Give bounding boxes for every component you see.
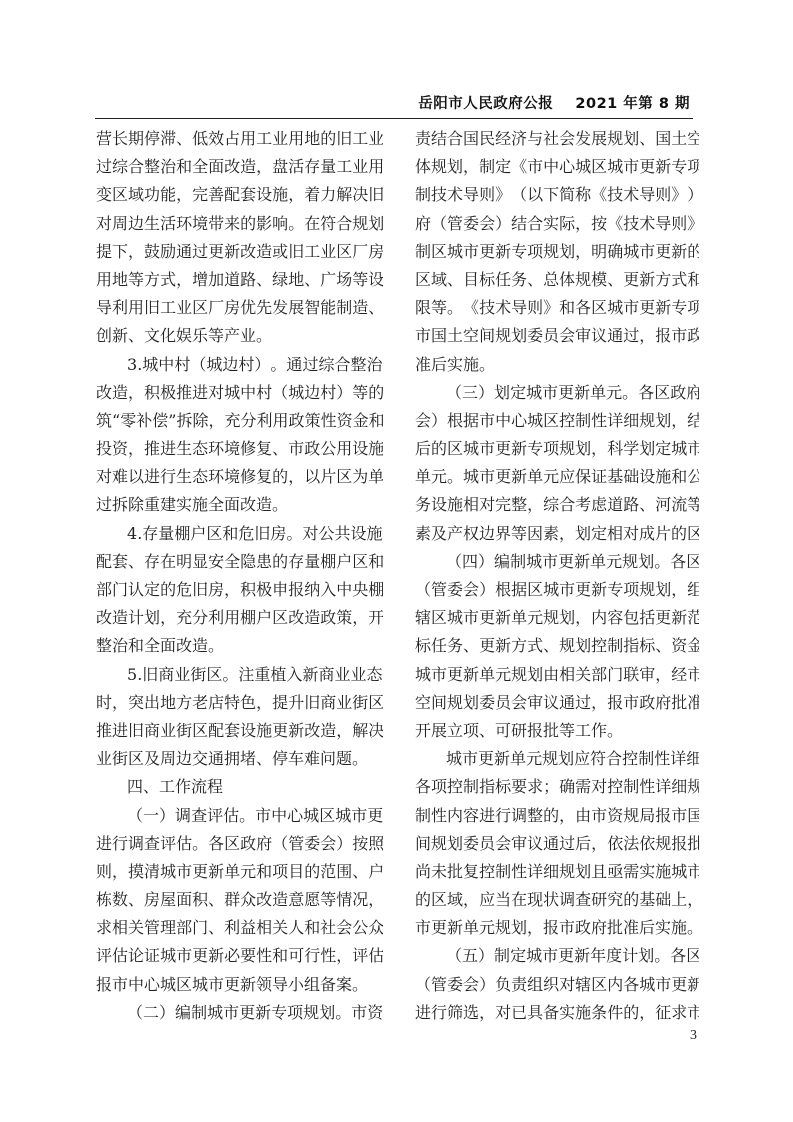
line-chars: 后的区城市更新专项规划，科学划定城市更新 — [415, 435, 699, 463]
line-chars: 变区域功能，完善配套设施，着力解决旧工业区 — [96, 181, 383, 209]
text-line: 限等。《技术导则》和各区城市更新专项规划经 — [415, 294, 699, 322]
running-header: 岳阳市人民政府公报 2021 年第 8 期 — [95, 92, 693, 118]
line-chars: 过综合整治和全面改造，盘活存量工业用地，转 — [96, 153, 383, 181]
line-chars: 用地等方式，增加道路、绿地、广场等设施；引 — [96, 266, 383, 294]
right-column: 责结合国民经济与社会发展规划、国土空间总体规划，制定《市中心城区城市更新专项规划… — [415, 125, 699, 1027]
text-line: 府（管委会）结合实际，按《技术导则》要求编 — [415, 210, 699, 238]
text-line: （五）制定城市更新年度计划。各区政府 — [415, 942, 699, 970]
line-chars: 则，摸清城市更新单元和项目的范围、户数、楼 — [96, 858, 383, 886]
line-chars: 进行调查评估。各区政府（管委会）按照属地原 — [96, 830, 383, 858]
text-line: 导利用旧工业区厂房优先发展智能制造、科技 — [96, 294, 383, 322]
text-line: 业街区及周边交通拥堵、停车难问题。 — [96, 745, 383, 773]
text-line: 筑“零补偿”拆除，充分利用政策性资金和社会 — [96, 407, 383, 435]
text-line: 推进旧商业街区配套设施更新改造，解决旧商 — [96, 717, 383, 745]
line-chars: 栋数、房屋面积、群众改造意愿等情况，充分征 — [96, 886, 383, 914]
text-line: 则，摸清城市更新单元和项目的范围、户数、楼 — [96, 858, 383, 886]
text-line: 准后实施。 — [415, 351, 699, 379]
line-chars: 评估论证城市更新必要性和可行性，评估结果 — [96, 942, 383, 970]
text-line: 部门认定的危旧房，积极申报纳入中央棚户区 — [96, 576, 383, 604]
line-chars: 的区域，应当在现状调查研究的基础上，拟订城 — [415, 886, 699, 914]
line-chars: 府（管委会）结合实际，按《技术导则》要求编 — [415, 210, 699, 238]
text-line: 开展立项、可研报批等工作。 — [415, 717, 699, 745]
line-chars: 责结合国民经济与社会发展规划、国土空间总 — [415, 125, 699, 153]
text-line: （二）编制城市更新专项规划。市资规局负 — [96, 999, 383, 1027]
text-line: 营长期停滞、低效占用工业用地的旧工业区，通 — [96, 125, 383, 153]
line-chars: 求相关管理部门、利益相关人和社会公众意见， — [96, 914, 383, 942]
text-line: 评估论证城市更新必要性和可行性，评估结果 — [96, 942, 383, 970]
line-chars: 体规划，制定《市中心城区城市更新专项规划编 — [415, 153, 699, 181]
text-line: 素及产权边界等因素，划定相对成片的区域。 — [415, 520, 699, 548]
text-line: 过拆除重建实施全面改造。 — [96, 491, 383, 519]
text-line: 4. 存量棚户区和危旧房。对公共设施无法 — [96, 520, 383, 548]
line-chars: 部门认定的危旧房，积极申报纳入中央棚户区 — [96, 576, 383, 604]
line-chars: （四）编制城市更新单元规划。各区政府 — [446, 548, 699, 576]
text-line: 市更新单元规划，报市政府批准后实施。 — [415, 914, 699, 942]
line-chars: 会）根据市中心城区控制性详细规划，结合批准 — [415, 407, 699, 435]
text-line: 用地等方式，增加道路、绿地、广场等设施；引 — [96, 266, 383, 294]
line-chars: 区域、目标任务、总体规模、更新方式和完成时 — [415, 266, 699, 294]
text-line: 单元。城市更新单元应保证基础设施和公共服 — [415, 463, 699, 491]
text-line: （四）编制城市更新单元规划。各区政府 — [415, 548, 699, 576]
line-chars: 营长期停滞、低效占用工业用地的旧工业区，通 — [96, 125, 383, 153]
text-line: 3. 城中村（城边村）。通过综合整治和全面 — [96, 351, 383, 379]
text-line: 配套、存在明显安全隐患的存量棚户区和住建 — [96, 548, 383, 576]
header-divider — [95, 118, 693, 119]
line-chars: 推进旧商业街区配套设施更新改造，解决旧商 — [96, 717, 383, 745]
line-chars: （五）制定城市更新年度计划。各区政府 — [446, 942, 699, 970]
text-line: 标任务、更新方式、规划控制指标、资金来源等。 — [415, 632, 699, 660]
text-line: 各项控制指标要求；确需对控制性详细规划强 — [415, 773, 699, 801]
text-line: 报市中心城区城市更新领导小组备案。 — [96, 971, 383, 999]
line-chars: 城市更新单元规划应符合控制性详细规划 — [446, 745, 699, 773]
line-chars: （管委会）根据区城市更新专项规划，组织编制 — [415, 576, 699, 604]
line-chars: 配套、存在明显安全隐患的存量棚户区和住建 — [96, 548, 383, 576]
text-line: （一）调查评估。市中心城区城市更新应当 — [96, 802, 383, 830]
line-chars: 导利用旧工业区厂房优先发展智能制造、科技 — [96, 294, 383, 322]
line-chars: 尚未批复控制性详细规划且亟需实施城市更新 — [415, 858, 699, 886]
text-line: 时，突出地方老店特色，提升旧商业街区活力。 — [96, 689, 383, 717]
line-chars: 5. 旧商业街区。注重植入新商业业态的同 — [127, 661, 383, 689]
text-line: 后的区城市更新专项规划，科学划定城市更新 — [415, 435, 699, 463]
text-line: 城市更新单元规划应符合控制性详细规划 — [415, 745, 699, 773]
line-chars: 标任务、更新方式、规划控制指标、资金来源等。 — [415, 632, 699, 660]
line-chars: 单元。城市更新单元应保证基础设施和公共服 — [415, 463, 699, 491]
text-line: 栋数、房屋面积、群众改造意愿等情况，充分征 — [96, 886, 383, 914]
line-chars: （二）编制城市更新专项规划。市资规局负 — [127, 999, 383, 1027]
line-chars: 间规划委员会审议通过后，依法依规报批；对于 — [415, 830, 699, 858]
text-line: 的区域，应当在现状调查研究的基础上，拟订城 — [415, 886, 699, 914]
text-line: 对难以进行生态环境修复的，以片区为单元，通 — [96, 463, 383, 491]
header-title: 岳阳市人民政府公报 2021 年第 8 期 — [418, 92, 690, 113]
line-chars: 提下，鼓励通过更新改造或旧工业区厂房置换 — [96, 238, 383, 266]
text-line: 求相关管理部门、利益相关人和社会公众意见， — [96, 914, 383, 942]
left-column: 营长期停滞、低效占用工业用地的旧工业区，通过综合整治和全面改造，盘活存量工业用地… — [96, 125, 383, 1027]
text-line: 空间规划委员会审议通过，报市政府批准后，可 — [415, 689, 699, 717]
text-line: 务设施相对完整，综合考虑道路、河流等自然要 — [415, 491, 699, 519]
line-chars: 对周边生活环境带来的影响。在符合规划的前 — [96, 210, 383, 238]
line-chars: 3. 城中村（城边村）。通过综合整治和全面 — [127, 351, 383, 379]
text-line: 变区域功能，完善配套设施，着力解决旧工业区 — [96, 181, 383, 209]
line-chars: 制技术导则》（以下简称《技术导则》）。各区政 — [415, 181, 699, 209]
line-chars: 投资，推进生态环境修复、市政公用设施配套。 — [96, 435, 383, 463]
text-line: （管委会）根据区城市更新专项规划，组织编制 — [415, 576, 699, 604]
text-line: 进行筛选，对已具备实施条件的，征求市直相关 — [415, 999, 699, 1027]
line-chars: 制区城市更新专项规划，明确城市更新的重点 — [415, 238, 699, 266]
line-chars: （一）调查评估。市中心城区城市更新应当 — [127, 802, 383, 830]
text-line: 城市更新单元规划由相关部门联审，经市国土 — [415, 661, 699, 689]
text-line: （三）划定城市更新单元。各区政府（管委 — [415, 379, 699, 407]
text-line: 对周边生活环境带来的影响。在符合规划的前 — [96, 210, 383, 238]
line-chars: 务设施相对完整，综合考虑道路、河流等自然要 — [415, 491, 699, 519]
line-chars: 筑“零补偿”拆除，充分利用政策性资金和社会 — [96, 407, 383, 435]
line-chars: 各项控制指标要求；确需对控制性详细规划强 — [415, 773, 699, 801]
line-chars: 对难以进行生态环境修复的，以片区为单元，通 — [96, 463, 383, 491]
line-chars: 市国土空间规划委员会审议通过，报市政府批 — [415, 322, 699, 350]
text-line: 制性内容进行调整的，由市资规局报市国土空 — [415, 802, 699, 830]
line-chars: 空间规划委员会审议通过，报市政府批准后，可 — [415, 689, 699, 717]
text-line: 投资，推进生态环境修复、市政公用设施配套。 — [96, 435, 383, 463]
text-line: 市国土空间规划委员会审议通过，报市政府批 — [415, 322, 699, 350]
text-line: 四、工作流程 — [96, 773, 383, 801]
text-line: 责结合国民经济与社会发展规划、国土空间总 — [415, 125, 699, 153]
text-line: 5. 旧商业街区。注重植入新商业业态的同 — [96, 661, 383, 689]
issue-number: 2021 年第 8 期 — [575, 96, 690, 112]
line-chars: 进行筛选，对已具备实施条件的，征求市直相关 — [415, 999, 699, 1027]
text-line: 制区城市更新专项规划，明确城市更新的重点 — [415, 238, 699, 266]
text-line: 会）根据市中心城区控制性详细规划，结合批准 — [415, 407, 699, 435]
page-number: 3 — [690, 1028, 697, 1044]
line-chars: 限等。《技术导则》和各区城市更新专项规划经 — [415, 294, 699, 322]
text-line: 过综合整治和全面改造，盘活存量工业用地，转 — [96, 153, 383, 181]
line-chars: （管委会）负责组织对辖区内各城市更新项目 — [415, 971, 699, 999]
line-chars: 城市更新单元规划由相关部门联审，经市国土 — [415, 661, 699, 689]
line-chars: 辖区城市更新单元规划，内容包括更新范围、目 — [415, 604, 699, 632]
text-line: 改造，积极推进对城中村（城边村）等的违法建 — [96, 379, 383, 407]
line-chars: 4. 存量棚户区和危旧房。对公共设施无法 — [127, 520, 383, 548]
text-line: 辖区城市更新单元规划，内容包括更新范围、目 — [415, 604, 699, 632]
text-line: （管委会）负责组织对辖区内各城市更新项目 — [415, 971, 699, 999]
text-line: 间规划委员会审议通过后，依法依规报批；对于 — [415, 830, 699, 858]
text-line: 区域、目标任务、总体规模、更新方式和完成时 — [415, 266, 699, 294]
line-chars: （三）划定城市更新单元。各区政府（管委 — [446, 379, 699, 407]
line-chars: 时，突出地方老店特色，提升旧商业街区活力。 — [96, 689, 383, 717]
text-line: 创新、文化娱乐等产业。 — [96, 322, 383, 350]
text-line: 改造计划，充分利用棚户区改造政策，开展综合 — [96, 604, 383, 632]
line-chars: 改造，积极推进对城中村（城边村）等的违法建 — [96, 379, 383, 407]
line-chars: 制性内容进行调整的，由市资规局报市国土空 — [415, 802, 699, 830]
text-line: 尚未批复控制性详细规划且亟需实施城市更新 — [415, 858, 699, 886]
line-chars: 改造计划，充分利用棚户区改造政策，开展综合 — [96, 604, 383, 632]
text-line: 制技术导则》（以下简称《技术导则》）。各区政 — [415, 181, 699, 209]
text-line: 提下，鼓励通过更新改造或旧工业区厂房置换 — [96, 238, 383, 266]
text-line: 体规划，制定《市中心城区城市更新专项规划编 — [415, 153, 699, 181]
publication-name: 岳阳市人民政府公报 — [418, 96, 553, 112]
text-line: 整治和全面改造。 — [96, 632, 383, 660]
text-line: 进行调查评估。各区政府（管委会）按照属地原 — [96, 830, 383, 858]
